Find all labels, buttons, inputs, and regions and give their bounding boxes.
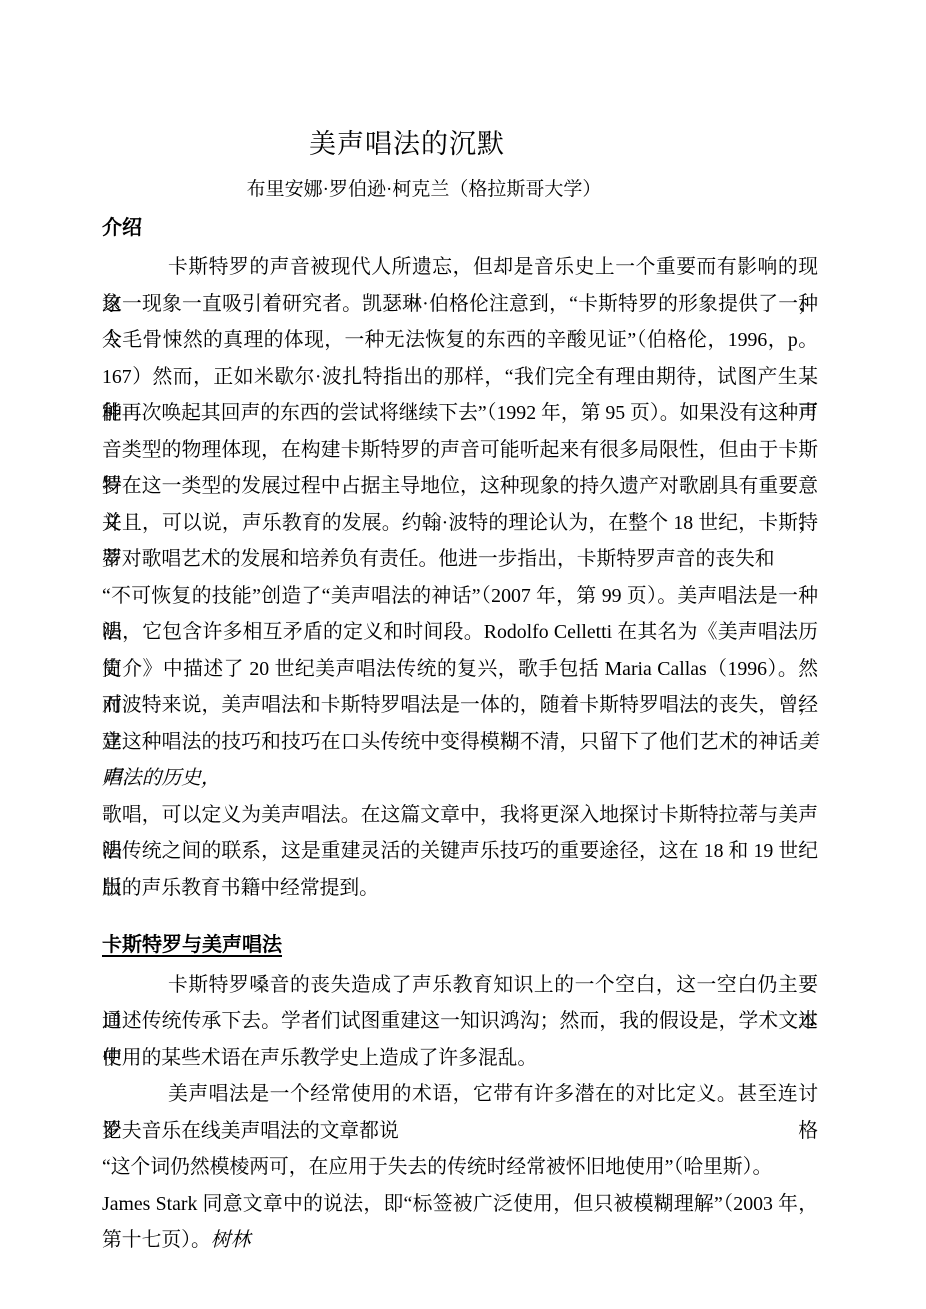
author-line: 布里安娜·罗伯逊·柯克兰（格拉斯哥大学）	[66, 172, 782, 209]
section-introduction: 介绍 卡斯特罗的声音被现代人所遗忘，但却是音乐史上一个重要而有影响的现象，这一现…	[102, 210, 818, 907]
text-segment: 版的声乐教育书籍中经常提到。	[102, 877, 379, 899]
text-line: 卡斯特罗嗓音的丧失造成了声乐教育知识上的一个空白，这一空白仍主要通过	[102, 967, 818, 1004]
text-line: 对波特来说，美声唱法和卡斯特罗唱法是一体的，随着卡斯特罗唱法的丧失，曾经建	[102, 687, 818, 724]
italic-text-segment: 唱法的历史，	[102, 767, 221, 789]
text-line: 口述传统传承下去。学者们试图重建这一知识鸿沟；然而，我的假设是，学术文本中	[102, 1003, 818, 1040]
text-line: 第十七页）。树林	[102, 1222, 818, 1259]
text-line: 版的声乐教育书籍中经常提到。	[102, 870, 818, 907]
text-line: 167）然而，正如米歇尔·波扎特指出的那样，“我们完全有理由期待，试图产生某种可	[102, 359, 818, 396]
text-line: 法，它包含许多相互矛盾的定义和时间段。Rodolfo Celletti 在其名为…	[102, 614, 818, 651]
text-line: 音类型的物理体现，在构建卡斯特罗的声音可能听起来有很多局限性，但由于卡斯特	[102, 432, 818, 469]
section-body-castrato-bel-canto: 卡斯特罗嗓音的丧失造成了声乐教育知识上的一个空白，这一空白仍主要通过口述传统传承…	[102, 967, 818, 1259]
text-line: 简介》中描述了 20 世纪美声唱法传统的复兴，歌手包括 Maria Callas…	[102, 651, 818, 688]
document-title: 美声唱法的沉默	[49, 122, 765, 166]
text-line: 罗在这一类型的发展过程中占据主导地位，这种现象的持久遗产对歌剧具有重要意义，	[102, 468, 818, 505]
text-line: 唱法的历史，	[102, 760, 818, 797]
text-line: 蒂对歌唱艺术的发展和培养负有责任。他进一步指出，卡斯特罗声音的丧失和	[102, 541, 818, 578]
document-page: 美声唱法的沉默 布里安娜·罗伯逊·柯克兰（格拉斯哥大学） 介绍 卡斯特罗的声音被…	[0, 0, 926, 1309]
text-line: James Stark 同意文章中的说法，即“标签被广泛使用，但只被模糊理解”（…	[102, 1186, 818, 1223]
text-line: 法传统之间的联系，这是重建灵活的关键声乐技巧的重要途径，这在 18 和 19 世…	[102, 833, 818, 870]
text-line: 并且，可以说，声乐教育的发展。约翰·波特的理论认为，在整个 18 世纪，卡斯特罗	[102, 505, 818, 542]
text-line: 使用的某些术语在声乐教学史上造成了许多混乱。	[102, 1040, 818, 1077]
text-segment: 立这种唱法的技巧和技巧在口头传统中变得模糊不清，只留下了他们艺术的神话	[102, 731, 798, 753]
text-segment: James Stark 同意文章中的说法，即“标签被广泛使用，但只被模糊理解”（…	[102, 1193, 818, 1215]
section-body-introduction: 卡斯特罗的声音被现代人所遗忘，但却是音乐史上一个重要而有影响的现象，这一现象一直…	[102, 249, 818, 906]
text-segment: 蒂对歌唱艺术的发展和培养负有责任。他进一步指出，卡斯特罗声音的丧失和	[102, 548, 775, 570]
text-line: 卡斯特罗的声音被现代人所遗忘，但却是音乐史上一个重要而有影响的现象，	[102, 249, 818, 286]
text-line: “这个词仍然模棱两可，在应用于失去的传统时经常被怀旧地使用”（哈里斯）。	[102, 1149, 818, 1186]
text-segment: 能再次唤起其回声的东西的尝试将继续下去”（1992 年，第 95 页）。如果没有…	[102, 402, 818, 424]
text-segment: 使用的某些术语在声乐教学史上造成了许多混乱。	[102, 1047, 537, 1069]
text-segment: “这个词仍然模棱两可，在应用于失去的传统时经常被怀旧地使用”（哈里斯）。	[102, 1156, 772, 1178]
text-line: 美声唱法是一个经常使用的术语，它带有许多潜在的对比定义。甚至连讨论格	[102, 1076, 818, 1113]
section-castrato-bel-canto: 卡斯特罗与美声唱法 卡斯特罗嗓音的丧失造成了声乐教育知识上的一个空白，这一空白仍…	[102, 927, 818, 1259]
text-line: 这一现象一直吸引着研究者。凯瑟琳·伯格伦注意到，“卡斯特罗的形象提供了一种令	[102, 286, 818, 323]
text-line: 歌唱，可以定义为美声唱法。在这篇文章中，我将更深入地探讨卡斯特拉蒂与美声唱	[102, 797, 818, 834]
text-segment: 罗夫音乐在线美声唱法的文章都说	[102, 1120, 399, 1142]
section-heading-castrato-bel-canto: 卡斯特罗与美声唱法	[102, 927, 818, 964]
italic-text-segment: 树林	[211, 1229, 251, 1251]
text-line: 立这种唱法的技巧和技巧在口头传统中变得模糊不清，只留下了他们艺术的神话美声	[102, 724, 818, 761]
document-content: 美声唱法的沉默 布里安娜·罗伯逊·柯克兰（格拉斯哥大学） 介绍 卡斯特罗的声音被…	[0, 122, 926, 1259]
text-line: 能再次唤起其回声的东西的尝试将继续下去”（1992 年，第 95 页）。如果没有…	[102, 395, 818, 432]
text-line: “不可恢复的技能”创造了“美声唱法的神话”（2007 年，第 99 页）。美声唱…	[102, 578, 818, 615]
text-segment: 第十七页）。	[102, 1229, 211, 1251]
text-segment: 人毛骨悚然的真理的体现，一种无法恢复的东西的辛酸见证”（伯格伦，1996，p。	[102, 329, 818, 351]
section-heading-introduction: 介绍	[102, 210, 818, 247]
text-line: 人毛骨悚然的真理的体现，一种无法恢复的东西的辛酸见证”（伯格伦，1996，p。	[102, 322, 818, 359]
